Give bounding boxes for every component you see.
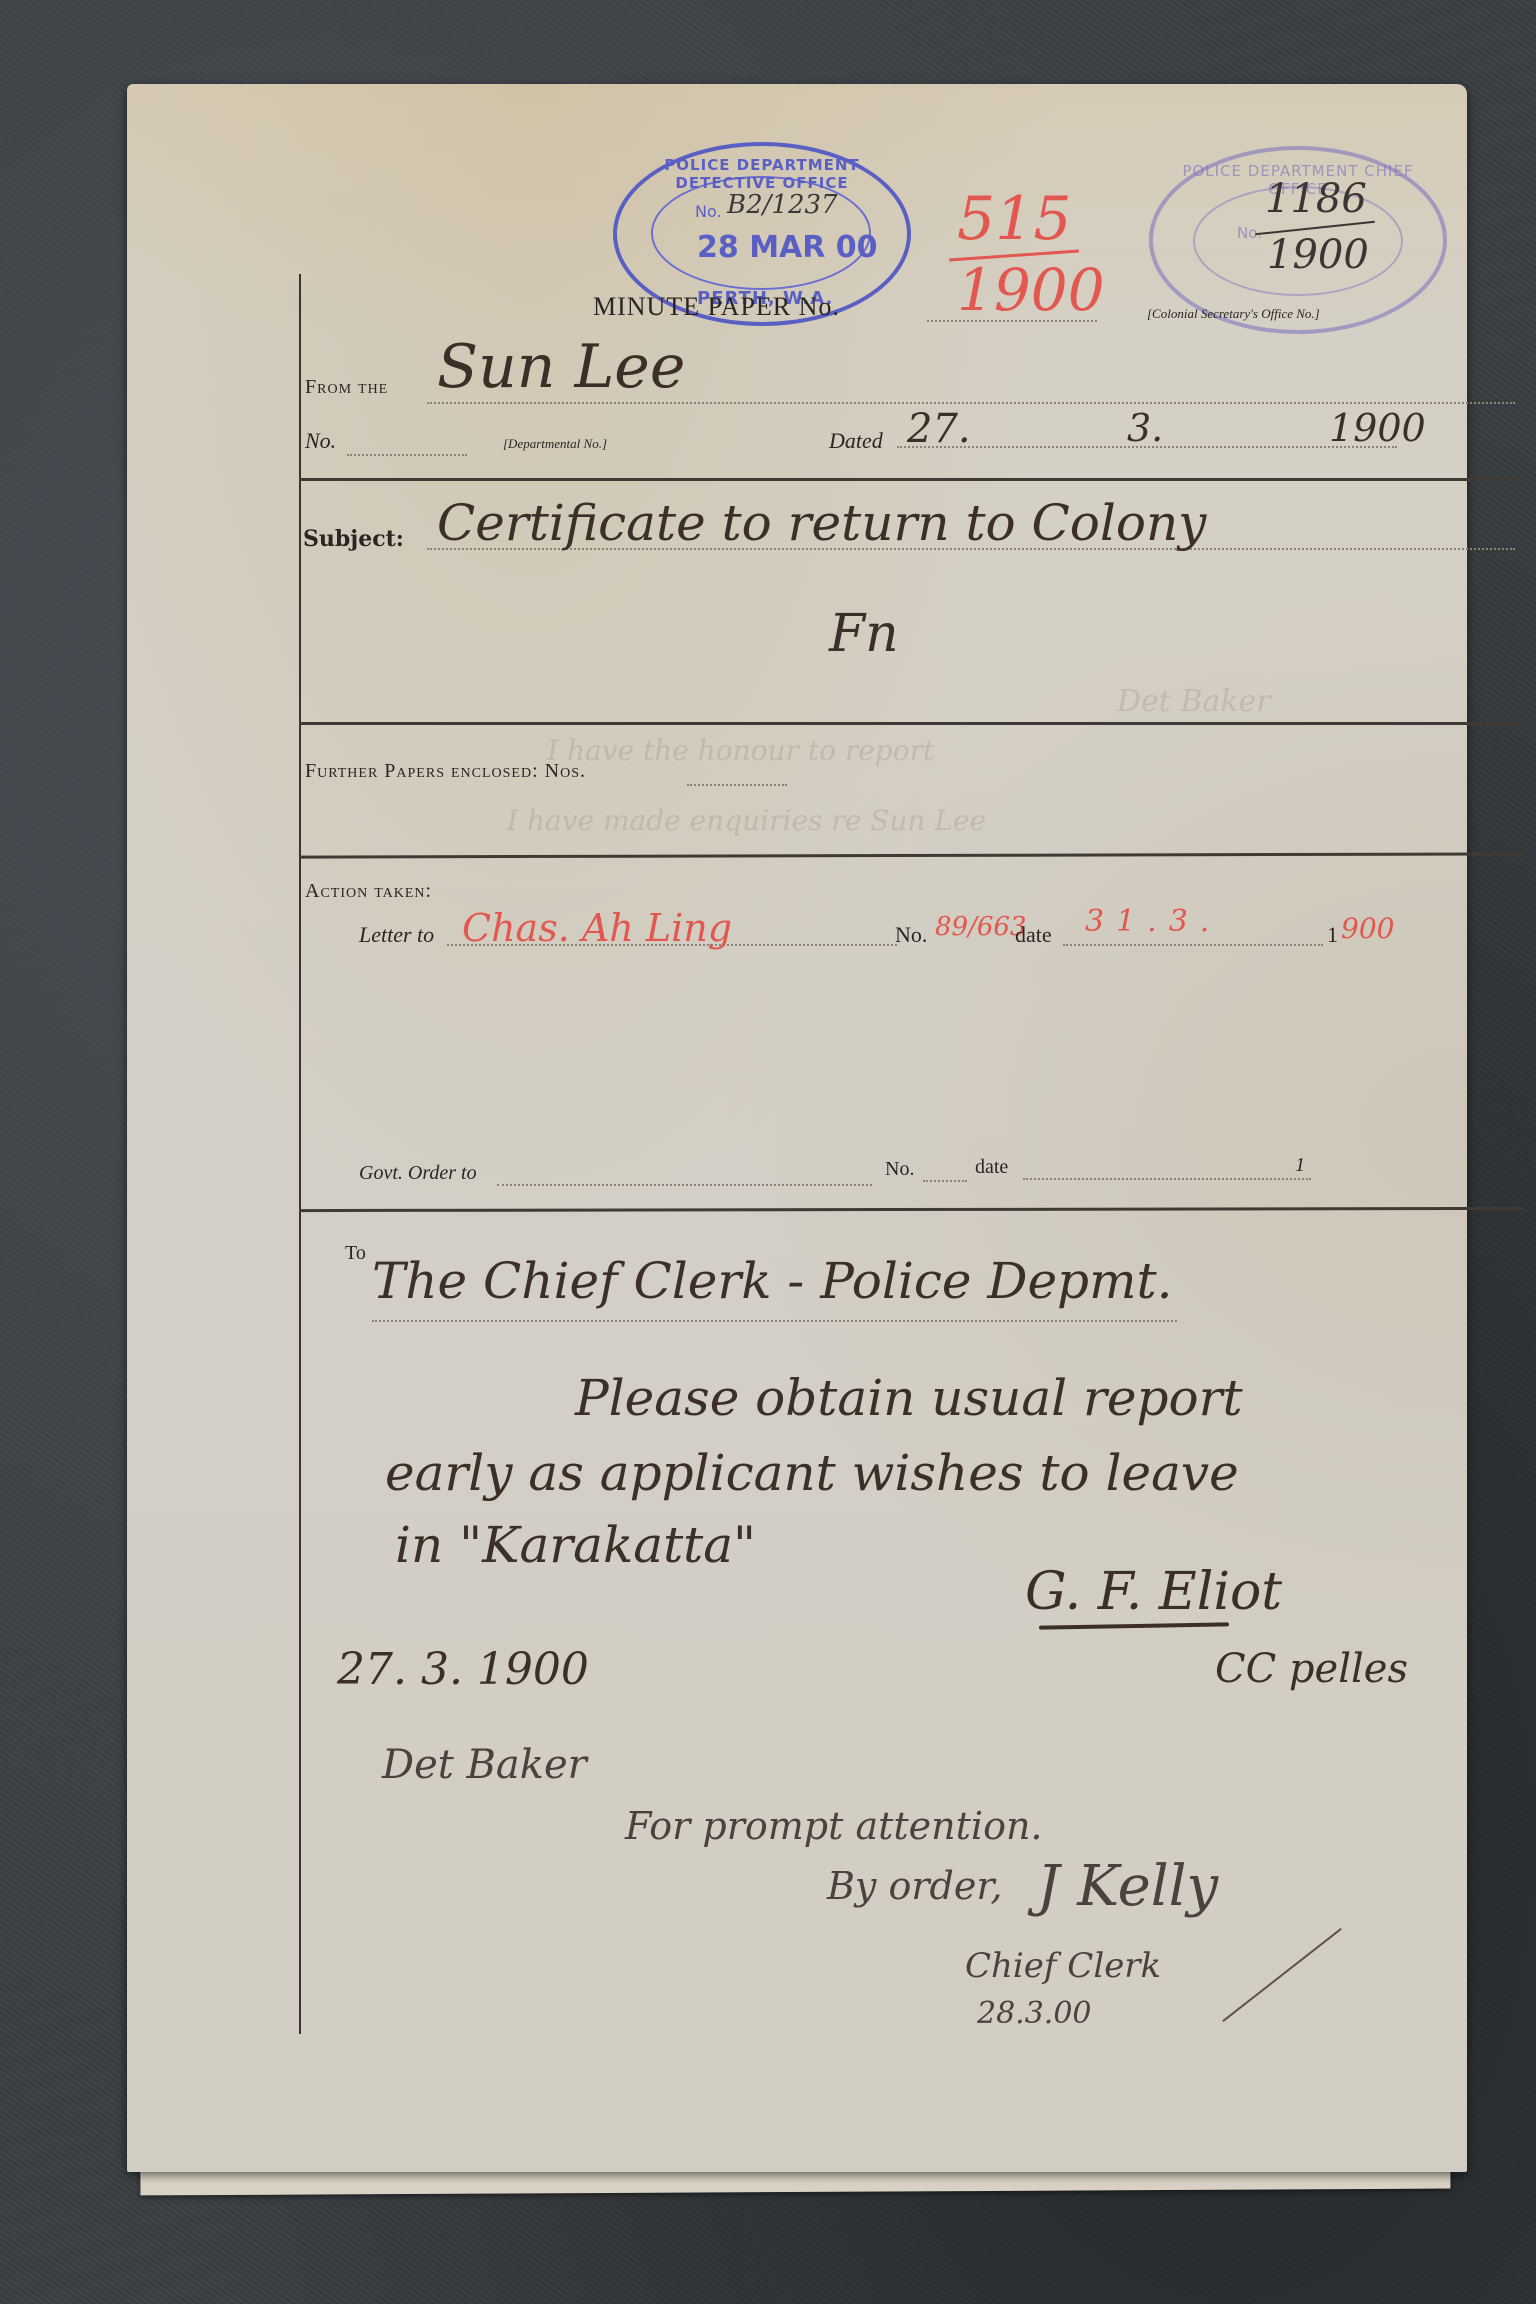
from-value: Sun Lee — [437, 332, 685, 402]
bleed-through-text: I have made enquiries re Sun Lee — [507, 804, 986, 837]
dept-no-label: No. — [305, 428, 336, 454]
body-line-3: in "Karakatta" — [395, 1516, 756, 1574]
govt-order-line — [497, 1184, 872, 1186]
endorsement-title: Chief Clerk — [965, 1946, 1161, 1986]
section-divider — [299, 722, 1524, 725]
stamp-no-value: B2/1237 — [727, 190, 838, 220]
to-label: To — [345, 1242, 366, 1265]
bleed-through-text: Det Baker — [1117, 684, 1271, 719]
further-papers-label: Further Papers enclosed: Nos. — [305, 760, 586, 783]
further-papers-line — [687, 784, 787, 786]
govt-no-line — [923, 1180, 967, 1182]
section-divider — [299, 478, 1524, 481]
minute-paper-title: MINUTE PAPER No. — [593, 292, 840, 322]
letter-year-suffix: 900 — [1341, 912, 1394, 945]
action-taken-label: Action taken: — [305, 880, 432, 903]
eliot-title: CC pelles — [1215, 1646, 1408, 1692]
bleed-through-text: I have the honour to report — [547, 734, 934, 767]
section-divider — [299, 852, 1524, 858]
body-line-2: early as applicant wishes to leave — [385, 1444, 1239, 1502]
subject-value: Certificate to return to Colony — [437, 494, 1206, 552]
minute-paper-sheet: Det Baker I have the honour to report I … — [127, 84, 1467, 2172]
minute-no-bottom: 1900 — [957, 256, 1105, 324]
govt-date-label: date — [975, 1156, 1008, 1179]
stamp-ring-text: POLICE DEPARTMENT DETECTIVE OFFICE — [637, 156, 887, 192]
body-line-1: Please obtain usual report — [575, 1369, 1243, 1427]
subject-label: Subject: — [303, 526, 404, 552]
letter-date-value: 31.3. — [1085, 904, 1221, 939]
kelly-signature: J Kelly — [1037, 1854, 1218, 1919]
from-line — [427, 402, 1515, 404]
dated-year: 1900 — [1329, 406, 1426, 450]
endorsement-addressee: Det Baker — [382, 1742, 587, 1788]
to-recipient: The Chief Clerk - Police Depmt. — [372, 1252, 1172, 1310]
letter-to-value: Chas. Ah Ling — [462, 906, 732, 950]
letter-year-prefix: 1 — [1327, 922, 1338, 948]
section-divider — [299, 1207, 1524, 1212]
endorsement-line-2: By order, — [827, 1864, 1002, 1908]
endorsement-date: 28.3.00 — [977, 1996, 1092, 2031]
chief-office-number: 1186 — [1265, 176, 1367, 222]
dept-no-line — [347, 454, 467, 456]
govt-year-prefix: 1 — [1295, 1154, 1305, 1177]
endorsement-line-1: For prompt attention. — [625, 1804, 1043, 1848]
letter-no-label: No. — [895, 922, 927, 948]
govt-no-label: No. — [885, 1158, 914, 1181]
dated-month: 3. — [1127, 406, 1163, 450]
chief-office-year: 1900 — [1267, 232, 1369, 278]
departmental-no-label: [Departmental No.] — [503, 436, 607, 452]
signature-underline — [1039, 1622, 1229, 1629]
letter-date-label: date — [1015, 922, 1052, 948]
minute-no-top: 515 — [957, 184, 1072, 254]
dated-label: Dated — [829, 428, 883, 454]
govt-order-label: Govt. Order to — [359, 1162, 477, 1185]
eliot-signature: G. F. Eliot — [1025, 1562, 1282, 1622]
signature-flourish — [1222, 1928, 1341, 2022]
stamp-date: 28 MAR 00 — [697, 230, 878, 265]
colonial-office-label: [Colonial Secretary's Office No.] — [1147, 306, 1320, 322]
govt-date-line — [1023, 1178, 1311, 1180]
letter-date-line — [1063, 944, 1323, 946]
subject-initial: Fn — [829, 604, 899, 664]
note-date: 27. 3. 1900 — [337, 1644, 589, 1695]
to-line — [372, 1320, 1177, 1322]
letter-no-value: 89/663 — [935, 912, 1026, 942]
dated-day: 27. — [907, 406, 971, 452]
left-margin-rule — [299, 274, 301, 2034]
stamp-no-label: No. — [695, 202, 722, 221]
from-label: From the — [305, 376, 388, 399]
letter-to-label: Letter to — [359, 922, 434, 948]
